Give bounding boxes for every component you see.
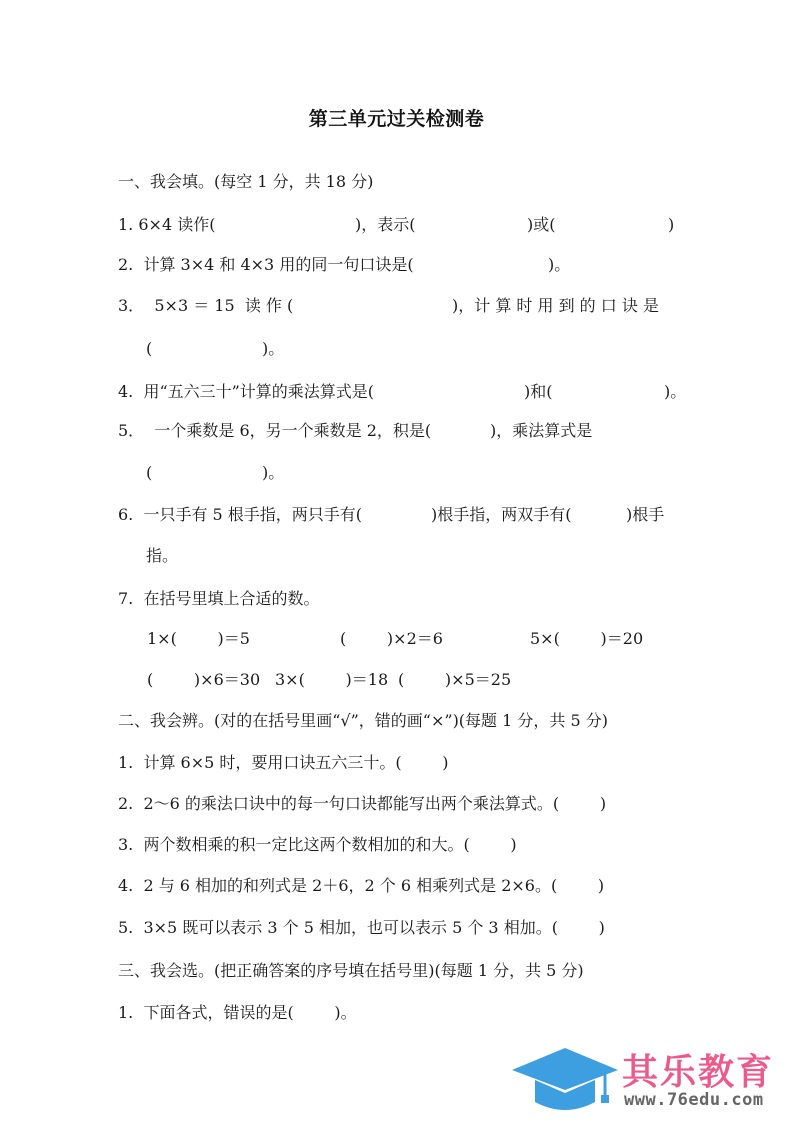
q7-text-a: 7. 在括号里填上合适的数。 (118, 588, 319, 610)
watermark-logo: 其乐教育 www.76edu.com (510, 1040, 790, 1115)
q1-text-c: )或( (527, 214, 556, 236)
section2-item-3: 3. 两个数相乘的积一定比这两个数相加的和大。( ) (118, 834, 517, 856)
page-title: 第三单元过关检测卷 (0, 104, 793, 131)
q3-text-a: 3． 5×3 ＝ 15 读 作 ( (118, 295, 293, 317)
section2-heading: 二、我会辨。(对的在括号里画“√”，错的画“×”)(每题 1 分，共 5 分) (118, 710, 608, 732)
q3-text-b: )，计 算 时 用 到 的 口 诀 是 (452, 295, 659, 317)
q5-text-a: 5． 一个乘数是 6，另一个乘数是 2，积是( (118, 420, 431, 442)
q7-eq-5: 3×( )＝18 (275, 669, 388, 691)
q1-text-a: 1. 6×4 读作( (118, 214, 215, 236)
graduation-cap-icon (510, 1040, 620, 1115)
q4-text-b: )和( (524, 381, 553, 403)
q3-text-c: ( (146, 338, 152, 360)
q2-text-b: )。 (548, 254, 570, 276)
q4-text-c: )。 (664, 381, 686, 403)
section1-heading: 一、我会填。(每空 1 分，共 18 分) (118, 171, 373, 193)
q5-text-b: )，乘法算式是 (490, 420, 592, 442)
q1-text-d: ) (668, 214, 674, 236)
q2-text-a: 2. 计算 3×4 和 4×3 用的同一句口诀是( (118, 254, 414, 276)
q7-eq-1: 1×( )＝5 (147, 628, 250, 650)
q3-text-d: )。 (262, 338, 284, 360)
section2-item-5: 5. 3×5 既可以表示 3 个 5 相加，也可以表示 5 个 3 相加。( ) (118, 917, 605, 939)
q6-text-a: 6. 一只手有 5 根手指，两只手有( (118, 504, 362, 526)
section2-item-2: 2. 2～6 的乘法口诀中的每一句口诀都能写出两个乘法算式。( ) (118, 793, 606, 815)
section3-heading: 三、我会选。(把正确答案的序号填在括号里)(每题 1 分，共 5 分) (118, 960, 584, 982)
section3-item-1: 1. 下面各式，错误的是( )。 (118, 1002, 357, 1024)
logo-name: 其乐教育 (622, 1044, 774, 1095)
q5-text-c: ( (146, 462, 152, 484)
q7-eq-3: 5×( )＝20 (530, 628, 643, 650)
q5-text-d: )。 (262, 462, 284, 484)
q6-text-d: 指。 (146, 545, 178, 567)
section2-item-4: 4. 2 与 6 相加的和列式是 2＋6，2 个 6 相乘列式是 2×6。( ) (118, 875, 604, 897)
section2-item-1: 1. 计算 6×5 时，要用口诀五六三十。( ) (118, 752, 449, 774)
q4-text-a: 4. 用“五六三十”计算的乘法算式是( (118, 381, 374, 403)
q1-text-b: )，表示( (355, 214, 416, 236)
q6-text-b: )根手指，两双手有( (431, 504, 572, 526)
q7-eq-4: ( )×6＝30 (147, 669, 260, 691)
q7-eq-2: ( )×2＝6 (340, 628, 443, 650)
q7-eq-6: ( )×5＝25 (398, 669, 511, 691)
q6-text-c: )根手 (626, 504, 664, 526)
logo-url: www.76edu.com (624, 1090, 764, 1110)
